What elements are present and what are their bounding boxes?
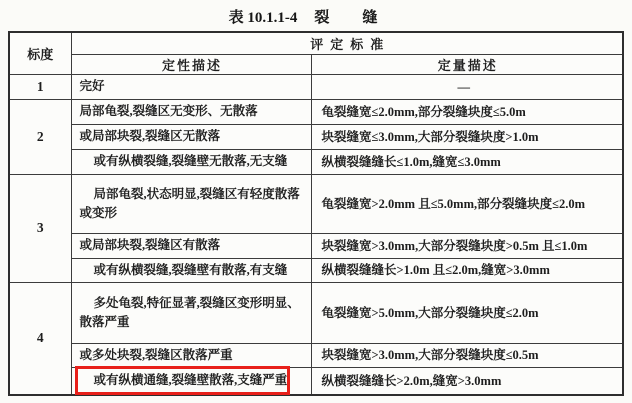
quantitative-cell: 纵横裂缝缝长>2.0m,缝宽>3.0mm <box>311 367 623 395</box>
table-row: 或有纵横裂缝,裂缝壁有散落,有支缝纵横裂缝缝长>1.0m 且≤2.0m,缝宽>3… <box>9 258 623 282</box>
qualitative-cell: 多处龟裂,特征显著,裂缝区变形明显、散落严重 <box>71 282 311 343</box>
header-scale: 标度 <box>9 32 71 74</box>
quantitative-cell: 龟裂缝宽>5.0mm,大部分裂缝块度≤2.0m <box>311 282 623 343</box>
table-subject-char1: 裂 <box>314 10 329 26</box>
document-page: 表 10.1.1-4裂缝 标度 评定标准 定性描述 定量描述 1完好—2局部龟裂… <box>0 0 632 403</box>
quantitative-cell: — <box>311 74 623 99</box>
header-quantitative: 定量描述 <box>311 54 623 74</box>
qualitative-cell: 局部龟裂,状态明显,裂缝区有轻度散落或变形 <box>71 174 311 233</box>
quantitative-cell: 纵横裂缝缝长≤1.0m,缝宽≤3.0mm <box>311 149 623 174</box>
qualitative-cell: 或局部块裂,裂缝区无散落 <box>71 124 311 149</box>
table-number: 表 10.1.1-4 <box>229 10 298 26</box>
table-row: 或多处块裂,裂缝区散落严重块裂缝宽>3.0mm,大部分裂缝块度≤0.5m <box>9 343 623 367</box>
table-row: 4多处龟裂,特征显著,裂缝区变形明显、散落严重龟裂缝宽>5.0mm,大部分裂缝块… <box>9 282 623 343</box>
table-row: 或有纵横裂缝,裂缝壁无散落,无支缝纵横裂缝缝长≤1.0m,缝宽≤3.0mm <box>9 149 623 174</box>
table-row: 2局部龟裂,裂缝区无变形、无散落龟裂缝宽≤2.0mm,部分裂缝块度≤5.0m <box>9 99 623 124</box>
qualitative-cell: 或有纵横裂缝,裂缝壁有散落,有支缝 <box>71 258 311 282</box>
scale-value: 3 <box>9 174 71 282</box>
header-criteria: 评定标准 <box>71 32 623 54</box>
table-row: 3局部龟裂,状态明显,裂缝区有轻度散落或变形龟裂缝宽>2.0mm 且≤5.0mm… <box>9 174 623 233</box>
quantitative-cell: 龟裂缝宽≤2.0mm,部分裂缝块度≤5.0m <box>311 99 623 124</box>
header-qualitative: 定性描述 <box>71 54 311 74</box>
table-subject-char2: 缝 <box>362 10 377 26</box>
qualitative-cell: 局部龟裂,裂缝区无变形、无散落 <box>71 99 311 124</box>
quantitative-cell: 纵横裂缝缝长>1.0m 且≤2.0m,缝宽>3.0mm <box>311 258 623 282</box>
qualitative-cell: 完好 <box>71 74 311 99</box>
table-row: 或局部块裂,裂缝区无散落块裂缝宽≤3.0mm,大部分裂缝块度>1.0m <box>9 124 623 149</box>
table-title: 表 10.1.1-4裂缝 <box>0 6 619 27</box>
table-row: 或有纵横通缝,裂缝壁散落,支缝严重纵横裂缝缝长>2.0m,缝宽>3.0mm <box>9 367 623 395</box>
qualitative-cell: 或多处块裂,裂缝区散落严重 <box>71 343 311 367</box>
table-row: 或局部块裂,裂缝区有散落块裂缝宽>3.0mm,大部分裂缝块度>0.5m 且≤1.… <box>9 233 623 258</box>
red-highlight-rectangle <box>75 366 290 396</box>
table-row: 1完好— <box>9 74 623 99</box>
quantitative-cell: 块裂缝宽>3.0mm,大部分裂缝块度>0.5m 且≤1.0m <box>311 233 623 258</box>
quantitative-cell: 块裂缝宽>3.0mm,大部分裂缝块度≤0.5m <box>311 343 623 367</box>
qualitative-cell: 或有纵横通缝,裂缝壁散落,支缝严重 <box>71 367 311 395</box>
table-header: 标度 评定标准 定性描述 定量描述 <box>9 32 623 74</box>
quantitative-cell: 龟裂缝宽>2.0mm 且≤5.0mm,部分裂缝块度≤2.0m <box>311 174 623 233</box>
scale-value: 4 <box>9 282 71 395</box>
quantitative-cell: 块裂缝宽≤3.0mm,大部分裂缝块度>1.0m <box>311 124 623 149</box>
crack-rating-table: 标度 评定标准 定性描述 定量描述 1完好—2局部龟裂,裂缝区无变形、无散落龟裂… <box>8 31 624 396</box>
qualitative-cell: 或局部块裂,裂缝区有散落 <box>71 233 311 258</box>
qualitative-cell: 或有纵横裂缝,裂缝壁无散落,无支缝 <box>71 149 311 174</box>
scale-value: 2 <box>9 99 71 174</box>
scale-value: 1 <box>9 74 71 99</box>
